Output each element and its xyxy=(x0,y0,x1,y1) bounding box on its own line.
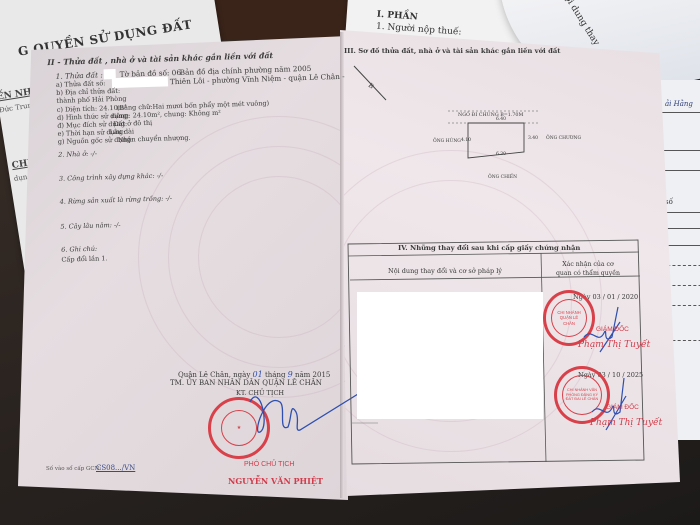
change-entry-signer: Phạm Thị Tuyết xyxy=(578,340,650,350)
background-paper-header: I. PHẦN xyxy=(376,10,418,23)
changes-column-header-authority: Xác nhận của cơ quan có thẩm quyền xyxy=(555,260,621,279)
house-item: 2. Nhà ở: -/- xyxy=(58,151,97,159)
redacted-block xyxy=(112,76,168,88)
changes-column-header-content: Nội dung thay đổi và cơ sở pháp lý xyxy=(388,268,502,275)
right-length: 3.40 xyxy=(528,137,538,142)
notes-label: 6. Ghi chú: xyxy=(61,246,97,254)
north-arrow-icon: B xyxy=(348,60,408,110)
changes-table-title: IV. Những thay đổi sau khi cấp giấy chứn… xyxy=(398,245,580,252)
section-title-parcel-diagram: III. Sơ đồ thửa đất, nhà ở và tài sản kh… xyxy=(344,48,560,55)
land-use-certificate: II - Thửa đất , nhà ở và tài sản khác gắ… xyxy=(18,22,678,500)
perennial-trees-item: 5. Cây lâu năm: -/- xyxy=(60,222,120,230)
bottom-neighbor: ÔNG CHIẾN xyxy=(488,176,517,181)
change-entry-title: GIÁM ĐỐC xyxy=(596,327,629,334)
redacted-block xyxy=(357,292,543,419)
guilloche-pattern xyxy=(198,176,360,338)
north-label: B xyxy=(367,81,376,90)
change-entry-title: GIÁM ĐỐC xyxy=(606,405,639,412)
serial-number-label: Số vào sổ cấp GCN: xyxy=(46,467,101,473)
signer-name: NGUYỄN VĂN PHIỆT xyxy=(228,477,323,485)
signer-title: PHÓ CHỦ TỊCH xyxy=(244,461,294,468)
notes-value: Cấp đổi lần 1. xyxy=(61,255,107,263)
serial-number-value: CS08.../VN xyxy=(96,465,135,472)
left-neighbor: ÔNG HÙNG xyxy=(433,140,461,145)
left-length: 4.10 xyxy=(461,139,471,144)
usage-purpose-value: Đất ở đô thị xyxy=(113,120,152,128)
right-neighbor: ÔNG CHƯƠNG xyxy=(546,137,581,142)
top-length: 6.40 xyxy=(496,118,506,123)
bottom-length: 6.30 xyxy=(496,153,506,158)
change-entry-signer: Phạm Thị Tuyết xyxy=(590,418,662,428)
